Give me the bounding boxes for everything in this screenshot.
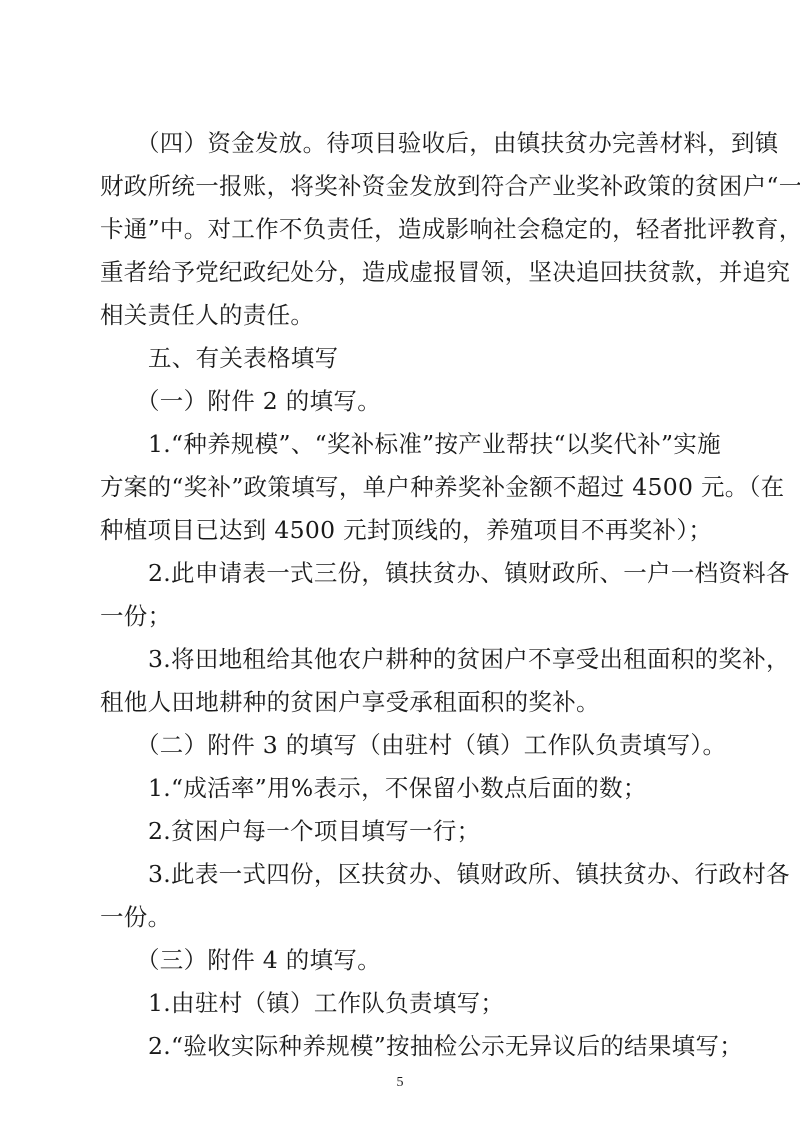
item-1-line-2: 方案的“奖补”政策填写，单户种养奖补金额不超过 4500 元。（在: [100, 472, 704, 502]
paragraph-funds-line-2: 财政所统一报账，将奖补资金发放到符合产业奖补政策的贫困户“一: [100, 171, 704, 201]
att3-item-1: 1.“成活率”用%表示，不保留小数点后面的数；: [148, 773, 704, 803]
subheading-attachment-2: （一）附件 2 的填写。: [136, 386, 704, 416]
paragraph-funds-line-4: 重者给予党纪政纪处分，造成虚报冒领，坚决追回扶贫款，并追究: [100, 257, 704, 287]
section-heading-forms: 五、有关表格填写: [148, 343, 704, 373]
item-2-line-1: 2.此申请表一式三份，镇扶贫办、镇财政所、一户一档资料各: [148, 558, 704, 588]
paragraph-funds-line-1: （四）资金发放。待项目验收后，由镇扶贫办完善材料，到镇: [136, 128, 704, 158]
item-1-line-3: 种植项目已达到 4500 元封顶线的，养殖项目不再奖补）；: [100, 515, 704, 545]
att3-item-3-line-1: 3.此表一式四份，区扶贫办、镇财政所、镇扶贫办、行政村各: [148, 859, 704, 889]
subheading-attachment-4: （三）附件 4 的填写。: [136, 945, 704, 975]
page-number: 5: [0, 1075, 800, 1091]
subheading-attachment-3: （二）附件 3 的填写（由驻村（镇）工作队负责填写）。: [136, 730, 704, 760]
item-3-line-2: 租他人田地耕种的贫困户享受承租面积的奖补。: [100, 687, 704, 717]
att3-item-2: 2.贫困户每一个项目填写一行；: [148, 816, 704, 846]
document-page: （四）资金发放。待项目验收后，由镇扶贫办完善材料，到镇 财政所统一报账，将奖补资…: [0, 0, 800, 1132]
paragraph-funds-line-5: 相关责任人的责任。: [100, 300, 704, 330]
item-1-line-1: 1.“种养规模”、“奖补标准”按产业帮扶“以奖代补”实施: [148, 429, 704, 459]
item-3-line-1: 3.将田地租给其他农户耕种的贫困户不享受出租面积的奖补，: [148, 644, 704, 674]
item-2-line-2: 一份；: [100, 601, 704, 631]
att4-item-1: 1.由驻村（镇）工作队负责填写；: [148, 988, 704, 1018]
att4-item-2: 2.“验收实际种养规模”按抽检公示无异议后的结果填写；: [148, 1031, 704, 1061]
att3-item-3-line-2: 一份。: [100, 902, 704, 932]
paragraph-funds-line-3: 卡通”中。对工作不负责任，造成影响社会稳定的，轻者批评教育，: [100, 214, 704, 244]
